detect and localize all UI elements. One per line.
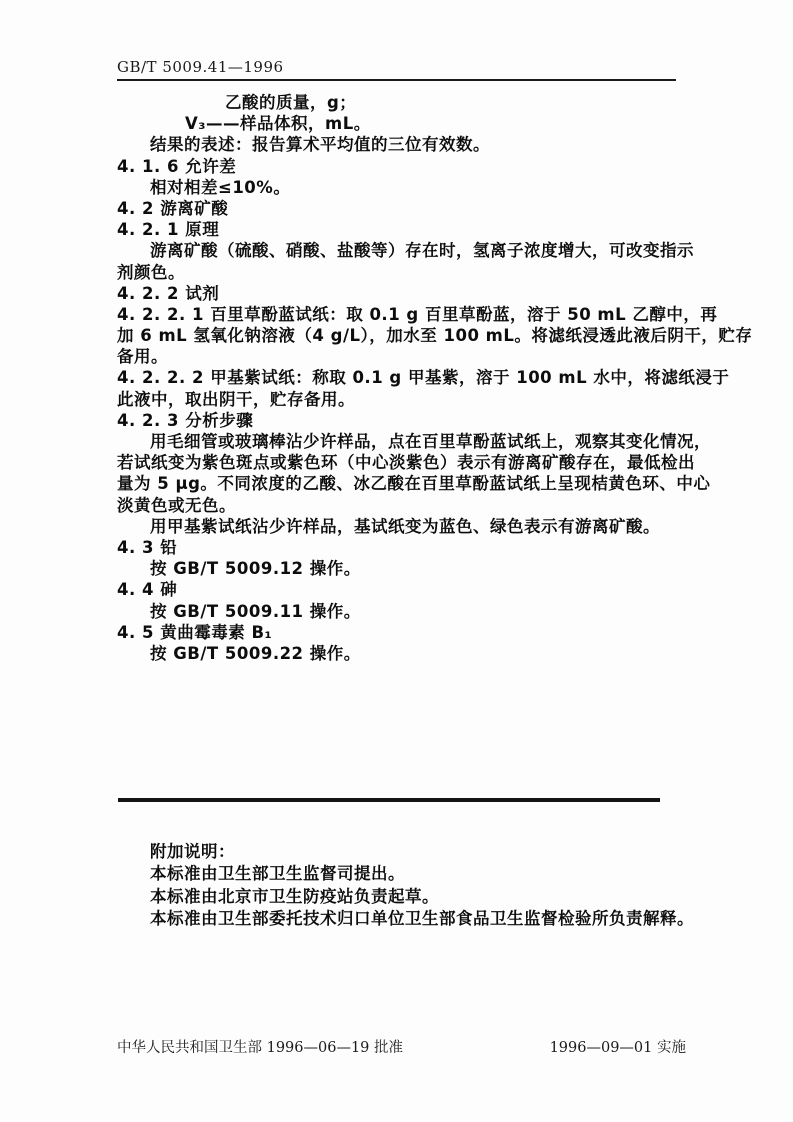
header-rule — [117, 79, 676, 81]
body-line: 结果的表述：报告算术平均值的三位有效数。 — [150, 134, 683, 155]
standard-number: GB/T 5009.41—1996 — [117, 58, 284, 76]
section-separator-rule — [118, 798, 660, 802]
body-line: 4. 5 黄曲霉毒素 B₁ — [117, 622, 683, 643]
body-line: 4. 2. 3 分析步骤 — [117, 410, 683, 431]
body-line: 此液中，取出阴干，贮存备用。 — [117, 389, 683, 410]
annex-line: 本标准由卫生部卫生监督司提出。 — [150, 863, 690, 885]
body-line: 4. 2 游离矿酸 — [117, 198, 683, 219]
annex-line: 本标准由卫生部委托技术归口单位卫生部食品卫生监督检验所负责解释。 — [150, 908, 690, 930]
body-line: 4. 2. 2 试剂 — [117, 283, 683, 304]
body-line: 剂颜色。 — [117, 262, 683, 283]
implementation-note: 1996—09—01 实施 — [550, 1036, 686, 1057]
annex-section: 附加说明：本标准由卫生部卫生监督司提出。本标准由北京市卫生防疫站负责起草。本标准… — [150, 841, 690, 930]
body-line: 按 GB/T 5009.22 操作。 — [150, 643, 683, 664]
body-line: 淡黄色或无色。 — [117, 495, 683, 516]
body-line: 量为 5 μg。不同浓度的乙酸、冰乙酸在百里草酚蓝试纸上呈现桔黄色环、中心 — [117, 473, 683, 494]
body-line: 4. 1. 6 允许差 — [117, 156, 683, 177]
body-line: 用甲基紫试纸沾少许样品，基试纸变为蓝色、绿色表示有游离矿酸。 — [150, 516, 683, 537]
body-text: 乙酸的质量，g；V₃——样品体积，mL。结果的表述：报告算术平均值的三位有效数。… — [117, 92, 683, 664]
approval-note: 中华人民共和国卫生部 1996—06—19 批准 — [117, 1036, 403, 1057]
body-line: 乙酸的质量，g； — [225, 92, 683, 113]
body-line: 相对相差≤10%。 — [150, 177, 683, 198]
body-line: 备用。 — [117, 346, 683, 367]
annex-line: 本标准由北京市卫生防疫站负责起草。 — [150, 886, 690, 908]
page-footer: 中华人民共和国卫生部 1996—06—19 批准 1996—09—01 实施 — [117, 1036, 686, 1057]
document-page: GB/T 5009.41—1996 乙酸的质量，g；V₃——样品体积，mL。结果… — [0, 0, 793, 1122]
body-line: 4. 2. 2. 1 百里草酚蓝试纸：取 0.1 g 百里草酚蓝，溶于 50 m… — [117, 304, 683, 325]
body-line: 用毛细管或玻璃棒沾少许样品，点在百里草酚蓝试纸上，观察其变化情况， — [150, 431, 683, 452]
body-line: 若试纸变为紫色斑点或紫色环（中心淡紫色）表示有游离矿酸存在，最低检出 — [117, 452, 683, 473]
body-line: V₃——样品体积，mL。 — [185, 113, 683, 134]
body-line: 4. 2. 1 原理 — [117, 219, 683, 240]
body-line: 4. 3 铅 — [117, 537, 683, 558]
body-line: 4. 2. 2. 2 甲基紫试纸：称取 0.1 g 甲基紫，溶于 100 mL … — [117, 367, 683, 388]
body-line: 游离矿酸（硫酸、硝酸、盐酸等）存在时，氢离子浓度增大，可改变指示 — [150, 240, 683, 261]
annex-line: 附加说明： — [150, 841, 690, 863]
body-line: 按 GB/T 5009.12 操作。 — [150, 558, 683, 579]
body-line: 加 6 mL 氢氧化钠溶液（4 g/L），加水至 100 mL。将滤纸浸透此液后… — [117, 325, 683, 346]
body-line: 4. 4 砷 — [117, 579, 683, 600]
body-line: 按 GB/T 5009.11 操作。 — [150, 601, 683, 622]
